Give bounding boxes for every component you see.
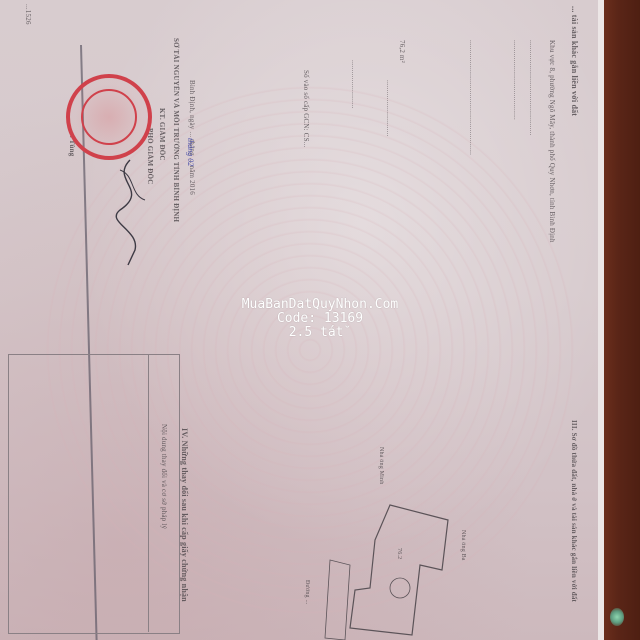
handwritten-date: tháng 02 — [186, 138, 195, 166]
official-red-seal — [66, 74, 152, 160]
address-line: Khu vực 8, phường Ngô Mây, thành phố Quy… — [548, 40, 556, 243]
watermark-site: MuaBanDatQuyNhon.Com — [0, 298, 640, 312]
detail-line: ......................... — [350, 60, 358, 109]
plot-label-east: Nhà ông Ba — [460, 530, 466, 561]
section-iv-subheading: Nội dung thay đổi và cơ sở pháp lý — [160, 424, 168, 529]
watermark-code: Code: 13169 — [0, 312, 640, 326]
signature — [100, 150, 160, 270]
plot-label-road: Đường ... — [304, 580, 310, 605]
detail-line: ........................................… — [468, 40, 476, 155]
detail-line: ............................. — [385, 80, 393, 137]
certificate-header: ... tài sản khác gắn liền với đất — [570, 6, 579, 116]
section-iv-heading: IV. Những thay đổi sau khi cấp giấy chứn… — [180, 428, 189, 602]
issuer-name: SỞ TÀI NGUYÊN VÀ MÔI TRƯỜNG TỈNH BÌNH ĐỊ… — [172, 38, 180, 222]
detail-line: ........................................… — [528, 40, 536, 136]
seal-inner-ring — [81, 89, 137, 145]
detail-line: ........................................… — [512, 40, 520, 120]
margin-number: ...1526 — [24, 4, 32, 25]
changes-table-divider — [148, 354, 149, 632]
light-reflection — [610, 608, 624, 626]
section-iii-heading: III. Sơ đồ thửa đất, nhà ở và tài sản kh… — [570, 420, 578, 602]
changes-table — [8, 354, 180, 634]
plot-diagram — [320, 470, 520, 640]
site-watermark: MuaBanDatQuyNhon.Com Code: 13169 2.5 tát… — [0, 298, 640, 340]
plot-area: 76.2 — [396, 548, 402, 559]
watermark-price: 2.5 tát˘ — [0, 326, 640, 340]
area-line: 76,2 m² — [398, 40, 406, 63]
certificate-number: Số vào sổ cấp GCN: CS... — [302, 70, 310, 148]
plot-label-north: Nhà ông Minh — [378, 447, 384, 484]
